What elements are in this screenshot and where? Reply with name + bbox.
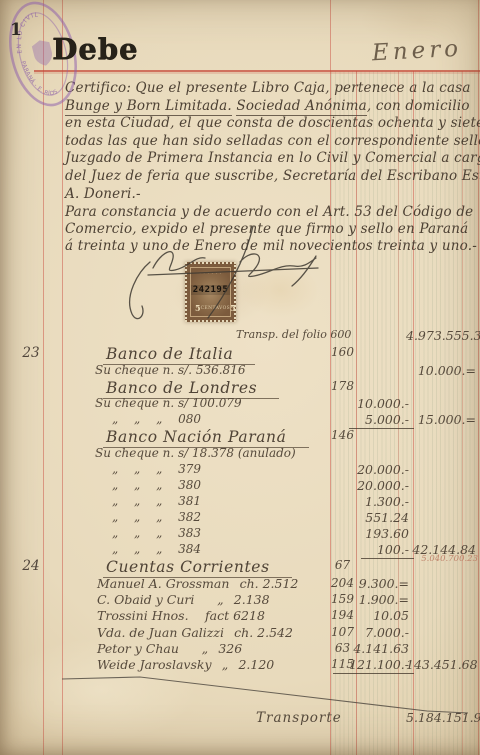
page-title-debe: Debe: [52, 32, 138, 66]
ledger-amount-partial: 20.000.-: [330, 478, 409, 493]
ledger-amount-value: 20.000.-: [357, 462, 409, 477]
month-heading: Enero: [371, 36, 462, 67]
ledger-amount-value: 193.60: [365, 526, 409, 541]
stamp-value-right: 5: [230, 303, 236, 313]
ledger-body: Transp. del folio 6004.973.555.3923Banco…: [0, 0, 480, 755]
ledger-amount-partial: 4.141.63: [330, 641, 409, 656]
ledger-amount-value: 121.100.-: [333, 657, 414, 674]
ledger-amount-partial: 1.900.=: [330, 592, 409, 607]
ledger-row: Trossini Hnos. fact 621819410.05: [0, 608, 480, 626]
ledger-day: 23: [14, 345, 48, 361]
ledger-desc: Manuel A. Grossman ch. 2.512: [97, 576, 298, 591]
ledger-desc: Petor y Chau „ 326: [97, 641, 242, 656]
ledger-amount-partial: 5.000.-: [330, 412, 409, 429]
ledger-amount-total: 10.000.=: [406, 363, 476, 378]
ledger-page: 1 Debe Enero EN LO CIVIL PARANÁ - E. RÍO…: [0, 0, 480, 755]
ledger-desc: Vda. de Juan Galizzi ch. 2.542: [97, 625, 293, 640]
ledger-desc: Transp. del folio 600: [236, 328, 351, 341]
ledger-row: 24Cuentas Corrientes67: [0, 558, 480, 576]
ledger-desc: Su cheque n. s/ 100.079: [95, 396, 242, 410]
ledger-row: Transp. del folio 6004.973.555.39: [0, 328, 480, 346]
ledger-amount-partial: 10.000.-: [330, 396, 409, 411]
revenue-stamp-frame: · · · · · · 242195 5 CENTAVOS 5: [190, 267, 231, 317]
ledger-desc: Trossini Hnos. fact 6218: [97, 608, 265, 623]
ledger-amount-value: 10.05: [373, 608, 409, 623]
ledger-amount-partial: 551.24: [330, 510, 409, 525]
ledger-desc: „ „ „ 382: [112, 510, 201, 524]
ledger-desc: Weide Jaroslavsky „ 2.120: [97, 657, 274, 672]
ledger-amount-total: 143.451.68: [406, 657, 476, 672]
ledger-folio: 160: [330, 345, 355, 359]
ledger-desc: C. Obaid y Curi „ 2.138: [97, 592, 270, 607]
ledger-day: 24: [14, 558, 48, 574]
ledger-amount-value: 10.000.-: [357, 396, 409, 411]
revenue-stamp-header: · · · · · ·: [193, 272, 228, 277]
ledger-folio: 146: [330, 428, 355, 442]
ledger-desc: Cuentas Corrientes: [103, 558, 292, 578]
ledger-amount-partial: 7.000.-: [330, 625, 409, 640]
ledger-amount-partial: 9.300.=: [330, 576, 409, 591]
ledger-amount-partial: 121.100.-: [330, 657, 409, 674]
ledger-desc: Su cheque n. s/ 18.378 (anulado): [95, 446, 296, 460]
ledger-folio: 67: [330, 558, 355, 572]
ledger-desc: „ „ „ 383: [112, 526, 201, 540]
ledger-amount-partial: 1.300.-: [330, 494, 409, 509]
page-number: 1: [10, 20, 22, 40]
ledger-amount-value: 1.900.=: [359, 592, 409, 607]
ledger-amount-value: 20.000.-: [357, 478, 409, 493]
ledger-folio: 178: [330, 379, 355, 393]
ledger-amount-value: 551.24: [365, 510, 409, 525]
stamp-value-label: CENTAVOS: [201, 306, 231, 311]
ledger-desc: Banco de Italia: [103, 345, 255, 365]
revenue-stamp-value-band: 5 CENTAVOS 5: [193, 303, 228, 313]
ledger-row: Banco Nación Paraná146: [0, 428, 480, 446]
ledger-amount-partial: 10.05: [330, 608, 409, 623]
revenue-stamp: · · · · · · 242195 5 CENTAVOS 5: [185, 262, 236, 322]
ledger-desc: Banco Nación Paraná: [103, 428, 309, 448]
ledger-amount-value: 9.300.=: [359, 576, 409, 591]
ledger-row: Weide Jaroslavsky „ 2.120115121.100.-143…: [0, 657, 480, 675]
ledger-desc: Su cheque n. s/. 536.816: [95, 363, 245, 377]
ledger-amount-total: 15.000.=: [406, 412, 476, 427]
ledger-amount-value: 5.000.-: [349, 412, 414, 429]
ledger-row: Transporte5.184.151.91: [0, 710, 480, 728]
ledger-amount-value: 4.141.63: [353, 641, 409, 656]
ledger-row: Banco de Londres178: [0, 379, 480, 397]
ledger-desc: „ „ „ 381: [112, 494, 201, 508]
ledger-desc: „ „ „ 379: [112, 462, 201, 476]
ledger-amount-total: 5.184.151.91: [406, 710, 476, 725]
ledger-desc: „ „ „ 380: [112, 478, 201, 492]
ledger-amount-total: 4.973.555.39: [406, 328, 476, 343]
ledger-amount-partial: 20.000.-: [330, 462, 409, 477]
revenue-stamp-serial: 242195: [191, 285, 230, 295]
ledger-desc: Transporte: [256, 710, 342, 726]
ledger-amount-partial: 193.60: [330, 526, 409, 541]
ledger-desc: „ „ „ 080: [112, 412, 201, 426]
ledger-amount-value: 1.300.-: [365, 494, 409, 509]
ledger-amount-value: 7.000.-: [365, 625, 409, 640]
ledger-row: 23Banco de Italia160: [0, 345, 480, 363]
